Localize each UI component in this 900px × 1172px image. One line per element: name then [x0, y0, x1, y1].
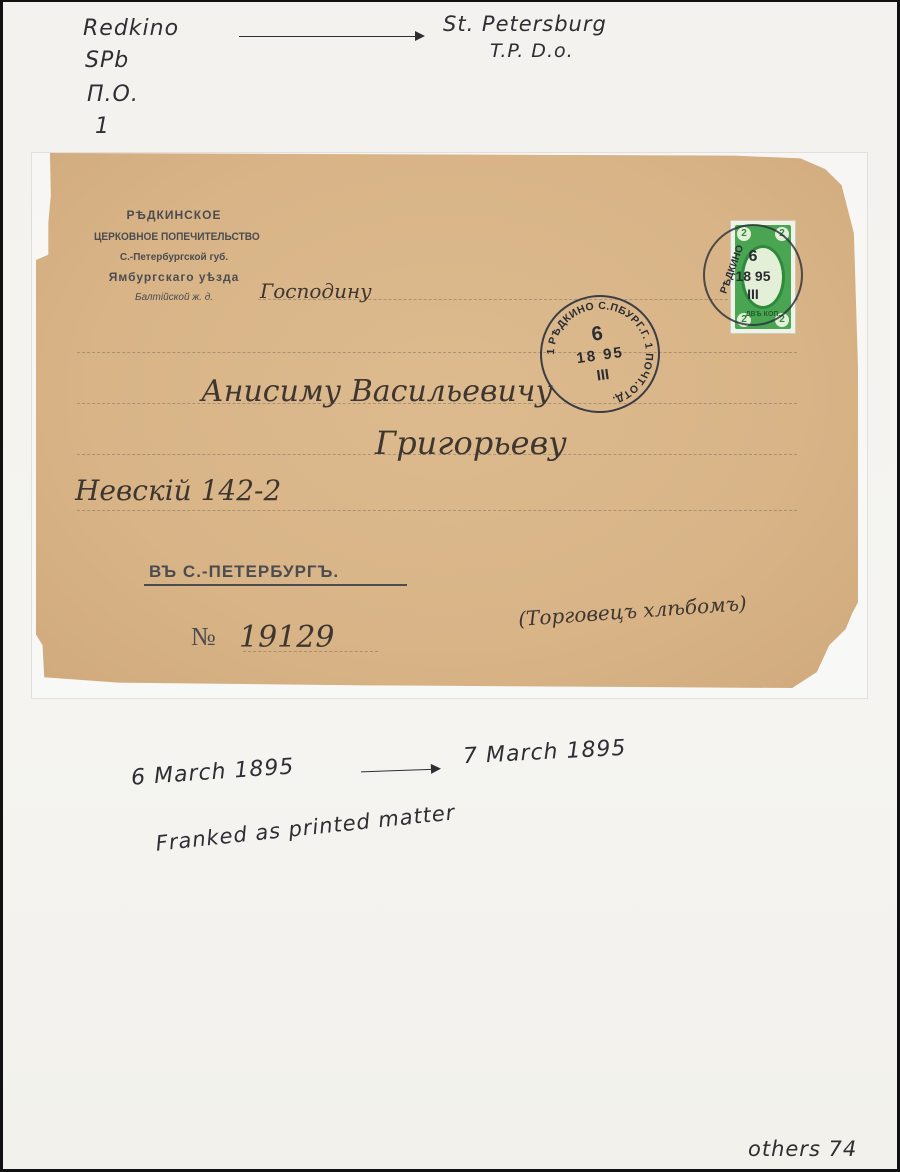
date-sent: 6 March 1895	[130, 754, 295, 790]
number-label: №	[191, 622, 216, 652]
date-received: 7 March 1895	[462, 736, 627, 770]
date-arrow-icon	[361, 769, 439, 773]
sender-line-5: Балтійской ж. д.	[99, 292, 249, 303]
destination-printed: ВЪ С.-ПЕТЕРБУРГЪ.	[149, 562, 339, 582]
addressee-surname: Григорьеву	[375, 424, 567, 462]
number-rule	[243, 651, 378, 652]
origin-line-4: 1	[95, 114, 110, 139]
address-rule	[77, 352, 797, 353]
destination-underline	[144, 584, 407, 586]
postmark-day: 6	[705, 248, 801, 266]
route-arrow-icon	[239, 36, 423, 37]
page-reference: others 74	[748, 1137, 857, 1161]
postmark-month: III	[705, 286, 801, 302]
sender-line-4: Ямбургскаго уѣзда	[89, 270, 259, 284]
album-page: Redkino SPb П.О. 1 St. Petersburg T.P. D…	[0, 0, 900, 1172]
postmark-year: 18 95	[705, 268, 801, 284]
postmark-on-stamp: РѢДКИНО 6 18 95 III	[703, 224, 803, 326]
origin-line-3: П.О.	[87, 82, 139, 107]
origin-line-1: Redkino	[83, 16, 179, 41]
number-value: 19129	[239, 620, 334, 655]
sender-line-3: С.-Петербургской губ.	[99, 252, 249, 263]
destination-line-1: St. Petersburg	[443, 12, 607, 36]
street-address: Невскій 142-2	[75, 474, 281, 507]
sender-line-2: ЦЕРКОВНОЕ ПОПЕЧИТЕЛЬСТВО	[94, 231, 254, 243]
address-rule	[77, 510, 797, 511]
franking-note: Franked as printed matter	[155, 800, 457, 855]
addressee-name: Анисиму Васильевичу	[201, 374, 553, 409]
sender-line-1: РѢДКИНСКОЕ	[99, 208, 249, 222]
salutation: Господину	[260, 279, 372, 303]
origin-line-2: SPb	[85, 48, 129, 73]
postmark-origin: РѢДКИНО С.ПБУРГ.Г. 1 ПОЧТ.ОТД. 1 1 РѢДКИ…	[532, 287, 667, 421]
destination-line-2: T.P. D.o.	[490, 40, 574, 62]
